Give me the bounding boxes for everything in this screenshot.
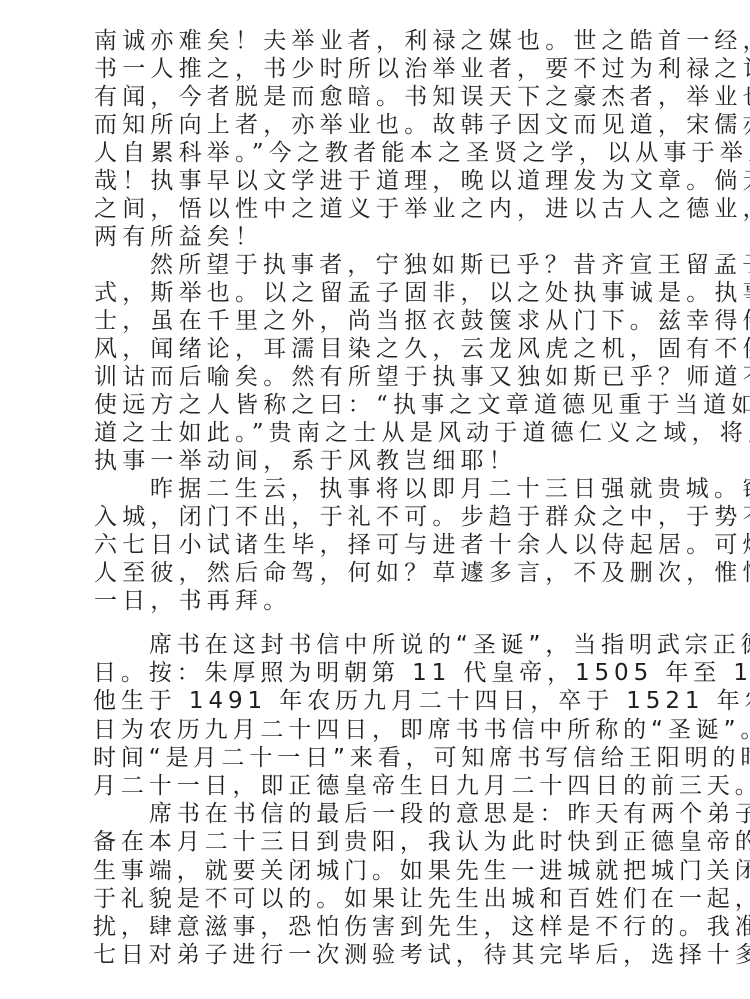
- text-line: 人至彼，然后命驾，何如？草遽多言，不及删次，惟情察不宣。是月二十: [94, 559, 660, 587]
- text-line: 一日，书再拜。: [94, 587, 660, 615]
- letter-paragraph: 南诚亦难矣！夫举业者，利禄之媒也。世之皓首一经，凡为利禄而已。以 书一人推之，书…: [94, 27, 660, 251]
- text-line: 两有所益矣！: [94, 223, 660, 251]
- text-line: 日。按：朱厚照为明朝第 11 代皇帝，1505 年至 1521 年在位，年号为“…: [93, 659, 663, 687]
- text-line: 执事一举动间，系于风教岂细耶！: [94, 447, 660, 475]
- text-line: 七日对弟子进行一次测验考试，待其完毕后，选择十多个学习优秀且机灵的: [93, 941, 663, 969]
- text-line: 风，闻绪论，耳濡目染之久，云龙风虎之机，固有不俟操笔砚而后兴，听: [94, 335, 660, 363]
- letter-section: 南诚亦难矣！夫举业者，利禄之媒也。世之皓首一经，凡为利禄而已。以 书一人推之，书…: [94, 27, 660, 615]
- letter-paragraph: 昨据二生云，执事将以即月二十三日强就贵城。窃谓时近圣诞，倘一 入城，闭门不出，于…: [94, 475, 660, 615]
- text-line: 时间“是月二十一日”来看，可知席书写信给王阳明的时间就是正德四年九: [93, 744, 663, 772]
- text-line: 有闻，今者脱是而愈暗。书知误天下之豪杰者，举业也。然使天下士借是: [94, 83, 660, 111]
- text-line: 扰，肆意滋事，恐怕伤害到先生，这样是不行的。我准备在二十六日和二十: [93, 913, 663, 941]
- text-line: 席书在书信的最后一段的意思是：昨天有两个弟子来给我讲，先生准: [93, 800, 663, 828]
- text-line: 训诂而后喻矣。然有所望于执事又独如斯已乎？师道不作久矣。执事一临，: [94, 363, 660, 391]
- text-line: 六七日小试诸生毕，择可与进者十余人以侍起居。可烦再逾旬日，候书遣: [94, 531, 660, 559]
- text-line: 他生于 1491 年农历九月二十四日，卒于 1521 年农历三月十四日。朱厚照生: [93, 687, 663, 715]
- text-line: 南诚亦难矣！夫举业者，利禄之媒也。世之皓首一经，凡为利禄而已。以: [94, 27, 660, 55]
- text-line: 入城，闭门不出，于礼不可。步趋于群众之中，于势不能。且书欲于二十: [94, 503, 660, 531]
- text-line: 然所望于执事者，宁独如斯已乎？昔齐宣王留孟子，欲使国人皆有矜: [94, 251, 660, 279]
- text-line: 于礼貌是不可以的。如果让先生出城和百姓们在一起，一旦出现有人寻衅骚: [93, 885, 663, 913]
- text-line: 士，虽在千里之外，尚当抠衣鼓箧求从门下。兹幸得侍箕茗与左右，接下: [94, 307, 660, 335]
- text-line: 人自累科举。”今之教者能本之圣贤之学，以从事于举业之学，则亦何相妨: [94, 139, 660, 167]
- text-line: 使远方之人皆称之曰：“执事之文章道德见重于当道如此，二司诸公尊礼有: [94, 391, 660, 419]
- commentary-paragraph: 席书在这封书信中所说的“圣诞”，当指明武宗正德皇帝朱厚照的生 日。按：朱厚照为明…: [93, 631, 663, 800]
- text-line: 之间，悟以性中之道义于举业之内，进以古人之德业，是执事一举而诸士: [94, 195, 660, 223]
- text-line: 书一人推之，书少时所以治举业者，要不过为利禄之计也。然昔者借是而: [94, 55, 660, 83]
- text-line: 式，斯举也。以之留孟子固非，以之处执事诚是。执事名重中外，愿学之: [94, 279, 660, 307]
- document-page: 南诚亦难矣！夫举业者，利禄之媒也。世之皓首一经，凡为利禄而已。以 书一人推之，书…: [0, 0, 750, 999]
- text-line: 日为农历九月二十四日，即席书书信中所称的“圣诞”。从席书该信件落款: [93, 716, 663, 744]
- text-line: 月二十一日，即正德皇帝生日九月二十四日的前三天。: [93, 772, 663, 800]
- text-line: 哉！执事早以文学进于道理，晚以道理发为文章。倘无厌弃尘学，因进讲: [94, 167, 660, 195]
- text-line: 昨据二生云，执事将以即月二十三日强就贵城。窃谓时近圣诞，倘一: [94, 475, 660, 503]
- commentary-section: 席书在这封书信中所说的“圣诞”，当指明武宗正德皇帝朱厚照的生 日。按：朱厚照为明…: [93, 631, 663, 969]
- text-line: 生事端，就要关闭城门。如果先生一进城就把城门关闭，不让先生出门，出: [93, 857, 663, 885]
- commentary-paragraph: 席书在书信的最后一段的意思是：昨天有两个弟子来给我讲，先生准 备在本月二十三日到…: [93, 800, 663, 969]
- text-line: 备在本月二十三日到贵阳，我认为此时快到正德皇帝的生日了，为了避免发: [93, 828, 663, 856]
- text-line: 席书在这封书信中所说的“圣诞”，当指明武宗正德皇帝朱厚照的生: [93, 631, 663, 659]
- letter-paragraph: 然所望于执事者，宁独如斯已乎？昔齐宣王留孟子，欲使国人皆有矜 式，斯举也。以之留…: [94, 251, 660, 475]
- text-line: 道之士如此。”贵南之士从是风动于道德仁义之域，将肩摩而踵接矣。若然，: [94, 419, 660, 447]
- text-line: 而知所向上者，亦举业也。故韩子因文而见道，宋儒亦曰：“科举非累人，: [94, 111, 660, 139]
